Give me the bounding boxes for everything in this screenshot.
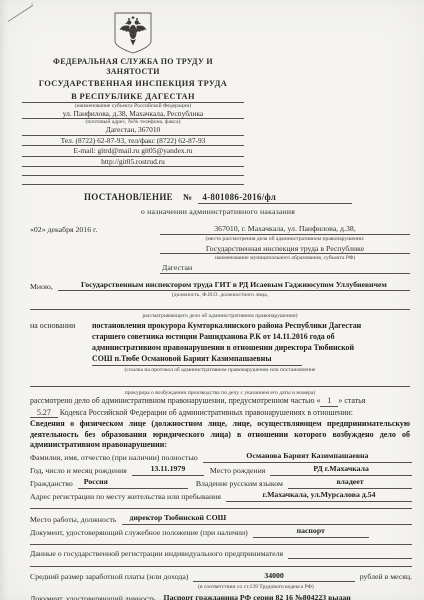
field-row-citizenship: Гражданство Россия Владение русским язык…: [30, 476, 412, 489]
field-row-salary: Средний размер заработной платы (или дох…: [30, 570, 412, 583]
number-sign: №: [183, 192, 192, 202]
field-row-registration: Данные о государственной регистрации инд…: [30, 548, 412, 559]
position-doc-value: паспорт: [253, 525, 369, 538]
caption-salary-labor-code: (в соответствии со ст.139 Трудового коде…: [30, 583, 412, 591]
caption-place-of-review: (место рассмотрения дела об администрати…: [160, 235, 410, 244]
basis-line: постановления прокурора Кумторкалинского…: [92, 320, 410, 331]
case-part-number: 1: [320, 396, 338, 407]
org-name-region: В РЕСПУБЛИКЕ ДАГЕСТАН: [22, 91, 244, 103]
separator-line: [30, 560, 412, 567]
fullname-value: Османова Барият Казимпашаевна: [203, 450, 412, 463]
scanned-document-page: ФЕДЕРАЛЬНАЯ СЛУЖБА ПО ТРУДУ И ЗАНЯТОСТИ …: [0, 0, 424, 600]
fullname-label: Фамилия, имя, отчество (при наличии) пол…: [30, 452, 198, 463]
document-subtitle: о назначении административного наказания: [84, 207, 352, 216]
coat-of-arms-icon: [110, 12, 156, 54]
birthplace-label: Место рождения: [210, 465, 265, 476]
case-considered-paragraph: рассмотрено дело об административном пра…: [30, 395, 412, 418]
basis-line-last: СОШ п.Тюбе Османовой Барият Казимпашаевн…: [92, 353, 302, 366]
case-text-article-rest: Кодекса Российской Федерации об админист…: [60, 408, 353, 417]
separator-line: [30, 502, 412, 509]
citizenship-value: Россия: [78, 476, 188, 489]
basis-block: на основании постановления прокурора Кум…: [30, 320, 410, 398]
work-value: директор Тюбинской СОШ: [122, 512, 413, 525]
separator-line: [30, 538, 412, 545]
identity-label: Документ, удостоверяющий личность: [30, 593, 156, 600]
basis-line: административном правонарушении в отноше…: [92, 342, 410, 353]
issue-place-block: 367010, г. Махачкала, ул. Панфилова, д.3…: [160, 224, 410, 274]
caption-protocol-reference: (ссылка на протокол об административном …: [30, 366, 410, 376]
blank-line: [30, 301, 410, 310]
field-row-address: Адрес регистрации по месту жительства ил…: [30, 489, 412, 502]
address-label: Адрес регистрации по месту жительства ил…: [30, 491, 221, 502]
org-name-state-inspection: ГОСУДАРСТВЕННАЯ ИНСПЕКЦИЯ ТРУДА: [38, 79, 228, 90]
case-text-after-part: » статья: [338, 396, 365, 405]
registration-value-empty: [288, 558, 412, 560]
case-article-number: 5.27: [30, 408, 58, 419]
birthplace-value: РД г.Махачкала: [270, 463, 412, 476]
letterhead-email: E-mail: gitrd@mail.ru git05@yandex.ru: [22, 146, 244, 157]
letterhead-address-line1: ул. Панфилова, д.38, Махачкала, Республи…: [22, 109, 244, 120]
caption-officer-position: (должность, Ф.И.О. должностного лица,: [30, 291, 410, 301]
caption-municipality: наименование муниципального образования,…: [160, 254, 410, 263]
issue-place-org: Государственная инспекция труда в Респуб…: [160, 244, 410, 255]
birthdate-label: Год, число и месяц рождения: [30, 465, 127, 476]
officer-name: Государственным инспектором труда ГИТ в …: [58, 280, 410, 291]
work-label: Место работы, должность: [30, 514, 117, 525]
person-section-heading: Сведения о физическом лице (должностном …: [30, 419, 410, 451]
letterhead-address-line2: Дагестан, 367010: [22, 125, 244, 136]
issue-date-place-row: «02» декабря 2016 г. 367010, г. Махачкал…: [30, 224, 410, 274]
field-row-position-doc: Документ, удостоверяющий служебное полож…: [30, 525, 412, 538]
basis-line: старшего советника юстиции Рашидханова Р…: [92, 331, 410, 342]
issue-date: «02» декабря 2016 г.: [30, 224, 160, 274]
field-row-birth: Год, число и месяц рождения 13.11.1979 М…: [30, 463, 412, 476]
document-title: ПОСТАНОВЛЕНИЕ: [84, 192, 173, 202]
officer-prefix: Мною,: [30, 282, 53, 291]
letterhead: ФЕДЕРАЛЬНАЯ СЛУЖБА ПО ТРУДУ И ЗАНЯТОСТИ …: [22, 12, 244, 185]
issue-place-address: 367010, г. Махачкала, ул. Панфилова, д.3…: [160, 224, 410, 235]
registration-label: Данные о государственной регистрации инд…: [30, 548, 283, 559]
basis-prefix: на основании: [30, 320, 92, 366]
document-number: 4-801086-2016/фл: [198, 192, 352, 204]
field-row-work: Место работы, должность директор Тюбинск…: [30, 512, 412, 525]
address-value: г.Махачкала, ул.Мурсалова д.54: [226, 489, 412, 502]
document-title-block: ПОСТАНОВЛЕНИЕ № 4-801086-2016/фл о назна…: [84, 192, 352, 216]
org-name-federal-service: ФЕДЕРАЛЬНАЯ СЛУЖБА ПО ТРУДУ И ЗАНЯТОСТИ: [38, 57, 228, 77]
field-row-identity: Документ, удостоверяющий личность Паспор…: [30, 592, 412, 600]
officer-block: Мною, Государственным инспектором труда …: [30, 280, 410, 321]
citizenship-label: Гражданство: [30, 478, 73, 489]
case-text-before-part: рассмотрено дело об административном пра…: [30, 396, 320, 405]
russian-language-value: владеет: [288, 476, 412, 489]
russian-language-label: Владение русским языком: [196, 478, 283, 489]
person-fields: Фамилия, имя, отчество (при наличии) пол…: [30, 450, 412, 600]
field-row-fullname: Фамилия, имя, отчество (при наличии) пол…: [30, 450, 412, 463]
letterhead-blank-line: [22, 176, 244, 185]
letterhead-phone: Тел. (8722) 62-87-93, тел/факс (8722) 62…: [22, 136, 244, 147]
letterhead-website: http://git05.rostrud.ru: [22, 157, 244, 168]
position-doc-label: Документ, удостоверяющий служебное полож…: [30, 527, 248, 538]
identity-value: Паспорт гражданина РФ серии 82 16 №80422…: [161, 592, 354, 600]
salary-label: Средний размер заработной платы (или дох…: [30, 571, 188, 582]
letterhead-blank-line: [22, 167, 244, 176]
blank-line: [30, 378, 410, 387]
birthdate-value: 13.11.1979: [132, 463, 204, 476]
salary-units: рублей в месяц.: [360, 571, 412, 582]
issue-place-region: Дагестан: [160, 263, 410, 274]
salary-value: 34000: [193, 570, 354, 583]
